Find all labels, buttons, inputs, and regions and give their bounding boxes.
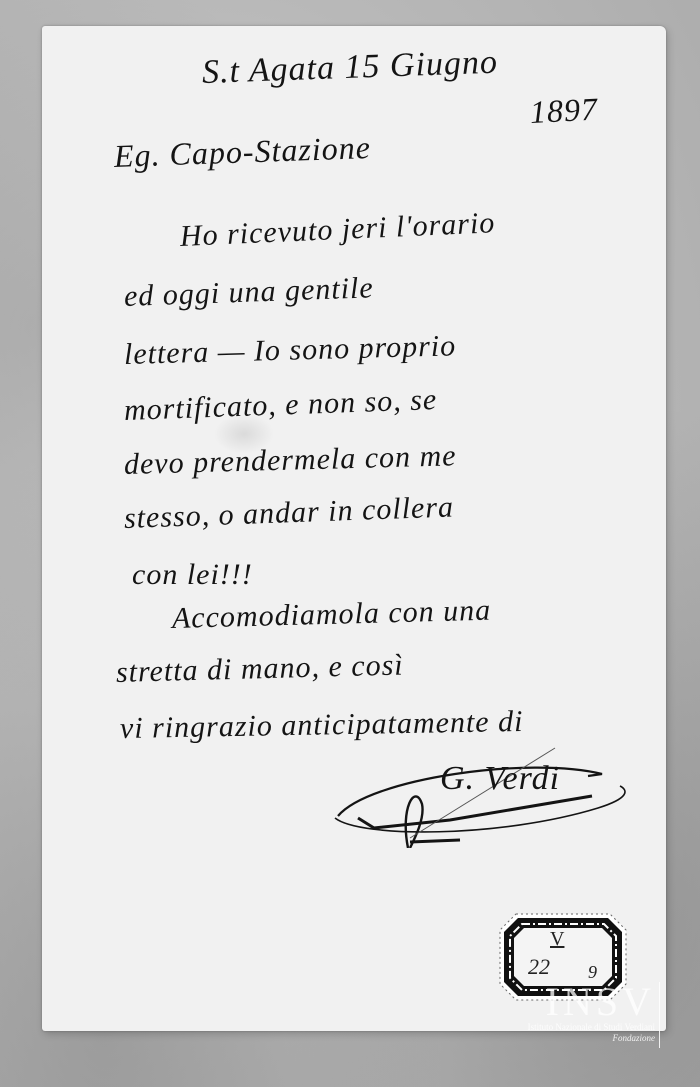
letter-body-line: stretta di mano, e così xyxy=(116,648,404,690)
stamp-number: 22 xyxy=(528,954,550,980)
letter-body-line: mortificato, e non so, se xyxy=(123,383,437,428)
letter-body-line: ed oggi una gentile xyxy=(123,271,374,314)
letter-salutation: Eg. Capo-Stazione xyxy=(113,129,371,175)
letter-year: 1897 xyxy=(529,90,599,131)
letter-body-line: stesso, o andar in collera xyxy=(123,490,454,536)
signature-name: G. Verdi xyxy=(440,760,560,798)
letter-place-date: S.t Agata 15 Giugno xyxy=(201,44,498,92)
letter-body-line: lettera — Io sono proprio xyxy=(124,329,457,372)
letter-body-line: Accomodiamola con una xyxy=(172,594,492,636)
letter-body-line: devo prendermela con me xyxy=(124,439,457,482)
watermark: INSV Istituto Nazionale di Studi Verdian… xyxy=(510,982,660,1048)
letter-body-line: con lei!!! xyxy=(132,558,253,592)
watermark-institution: Istituto Nazionale di Studi Verdiani xyxy=(510,1022,655,1033)
letter-body-line: Ho ricevuto jeri l'orario xyxy=(179,206,496,254)
letter-paper: S.t Agata 15 Giugno 1897 Eg. Capo-Stazio… xyxy=(42,26,666,1031)
watermark-foundation: Fondazione xyxy=(510,1033,655,1044)
stamp-roman-numeral: V xyxy=(550,928,564,951)
watermark-logo: INSV xyxy=(510,982,655,1022)
signature: G. Verdi xyxy=(330,738,630,848)
